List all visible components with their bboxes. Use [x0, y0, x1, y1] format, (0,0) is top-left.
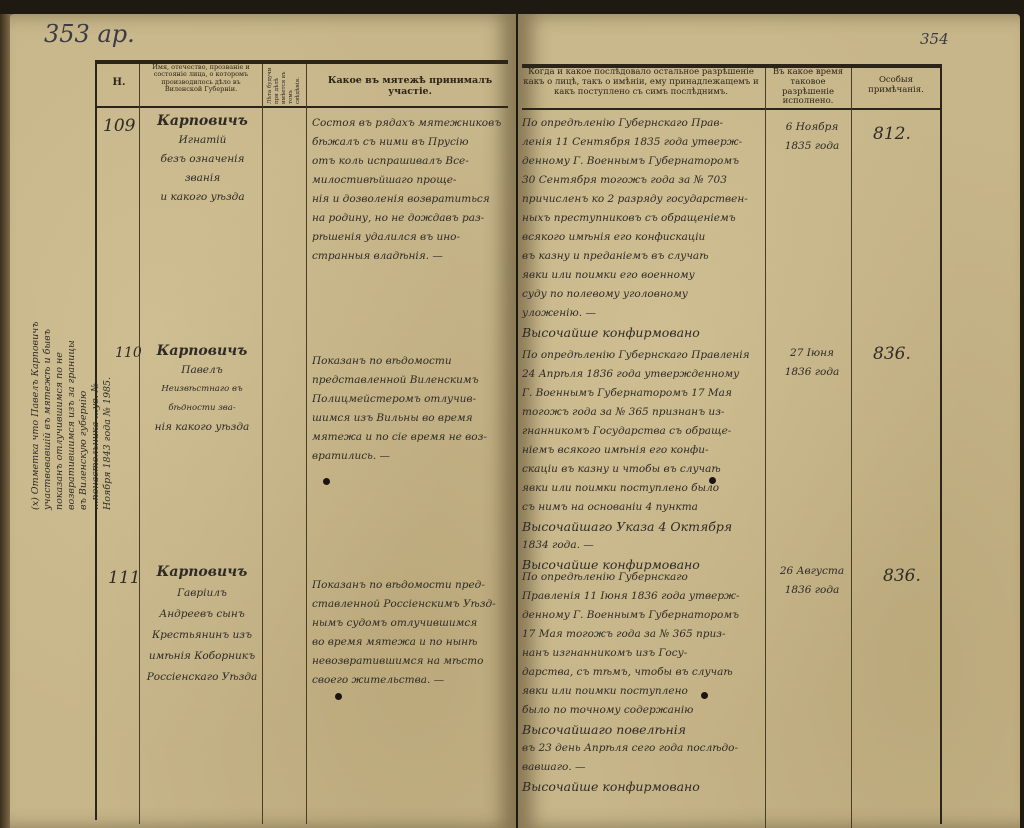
- row-participation: Состоя въ рядахъ мятежниковъбѣжалъ съ ни…: [312, 114, 512, 266]
- confirmation-stamp: Высочайше конфирмовано: [522, 323, 767, 342]
- row-executed: 26 Августа1836 года: [775, 562, 849, 600]
- folio-right: 354: [920, 30, 949, 48]
- binding-hole: [335, 693, 342, 700]
- row-name: Карповичъ Игнатій безъ означенія званія …: [145, 112, 260, 207]
- binding-hole: [701, 692, 708, 699]
- col-line: [139, 64, 140, 824]
- header-name: Имя, отечество, прозваніе и состояніе ли…: [142, 64, 260, 94]
- row-note: 812.: [873, 124, 911, 144]
- row-number: 110: [115, 345, 142, 361]
- col-line: [940, 64, 942, 824]
- header-estate: Лѣта будучи при дѣлѣ имѣется въ томъ свѣ…: [267, 64, 302, 104]
- row-number: 109: [103, 116, 135, 136]
- header-notes: Особыя примѣчанія.: [853, 76, 939, 96]
- row-note: 836.: [873, 344, 911, 364]
- header-executed: Въ какое время таковое разрѣшеніе исполн…: [767, 68, 849, 107]
- binding-hole: [709, 477, 716, 484]
- col-line: [851, 68, 852, 828]
- row-resolution: По опредѣленію Губернскаго Прав-ленія 11…: [522, 114, 767, 342]
- row-resolution: По опредѣленію Губернскаго Правленія24 А…: [522, 346, 767, 574]
- header-number: Н.: [100, 77, 138, 89]
- row-number: 111: [108, 568, 140, 588]
- row-name: Карповичъ Павелъ Неизвѣстнаго въ бѣдност…: [143, 342, 261, 437]
- header-participation: Какое въ мятежѣ принималъ участіе.: [312, 76, 508, 98]
- confirmation-stamp: Высочайше конфирмовано: [522, 777, 767, 796]
- row-resolution: По опредѣленію ГубернскагоПравленія 11 І…: [522, 568, 767, 796]
- ledger-spread: 353 ар. 354 Н. Имя, отечество, прозваніе…: [0, 0, 1024, 828]
- col-line: [262, 64, 263, 824]
- row-executed: 27 Іюня1836 года: [775, 344, 849, 382]
- binding-hole: [323, 478, 330, 485]
- col-line: [306, 64, 307, 824]
- header-bottom-rule-left: [95, 106, 508, 108]
- row-participation: Показанъ по вѣдомостипредставленной Виле…: [312, 352, 512, 466]
- row-name: Карповичъ Гавріилъ Андреевъ сынъ Крестья…: [143, 562, 261, 688]
- row-note: 836.: [883, 566, 921, 586]
- header-bottom-rule-right: [522, 108, 942, 110]
- margin-note: (х) Отметка что Павелъ Карповичъ участво…: [30, 322, 114, 510]
- row-executed: 6 Ноября1835 года: [775, 118, 849, 156]
- row-participation: Показанъ по вѣдомости пред-ставленной Ро…: [312, 576, 512, 690]
- folio-left: 353 ар.: [44, 20, 135, 48]
- header-resolution: Когда и какое послѣдовало остальное разр…: [518, 68, 764, 97]
